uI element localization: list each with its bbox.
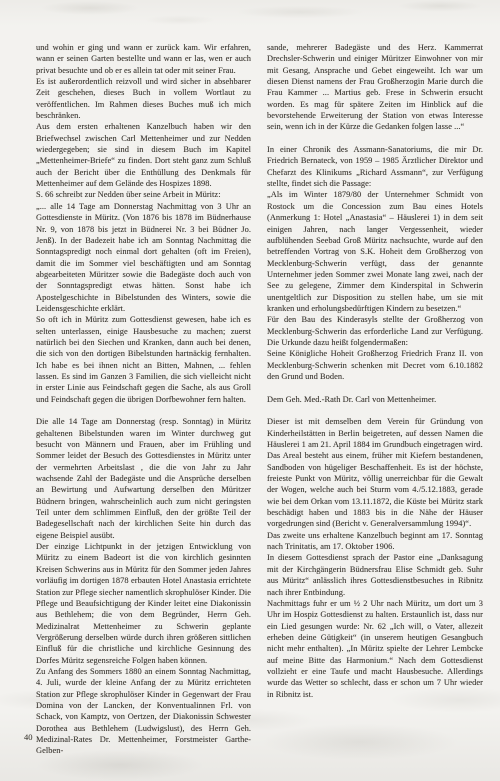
paragraph: Aus dem ersten erhaltenen Kanzelbuch hab…	[36, 121, 251, 189]
book-page: und wohin er ging und wann er zurück kam…	[0, 0, 500, 781]
paragraph: und wohin er ging und wann er zurück kam…	[36, 42, 251, 76]
paragraph: sande, mehrerer Badegäste und des Herz. …	[267, 42, 483, 133]
paragraph: Das Areal besteht aus einem, früher mit …	[267, 450, 483, 529]
paragraph: Das zweite uns erhaltene Kanzelbuch begi…	[267, 530, 483, 553]
paragraph: Dem Geh. Med.-Rath Dr. Carl von Mettenhe…	[267, 394, 483, 405]
paragraph: In einer Chronik des Assmann-Sanatoriums…	[267, 144, 483, 189]
paragraph: Nachmittags fuhr er um ½ 2 Uhr nach Müri…	[267, 598, 483, 700]
paragraph: So oft ich in Müritz zum Gottesdienst ge…	[36, 314, 251, 405]
paragraph: „Als im Winter 1879/80 der Unternehmer S…	[267, 189, 483, 314]
paragraph: Der einzige Lichtpunkt in der jetzigen E…	[36, 541, 251, 666]
paragraph: Seine Königliche Hoheit Großherzog Fried…	[267, 348, 483, 382]
paragraph: Für den Bau des Kinderasyls stellte der …	[267, 314, 483, 348]
text-column-left: und wohin er ging und wann er zurück kam…	[36, 42, 251, 757]
paragraph: Dieser ist mit demselben dem Verein für …	[267, 416, 483, 450]
paragraph: Es ist außerordentlich reizvoll und wird…	[36, 76, 251, 121]
page-number: 40	[24, 732, 33, 742]
text-column-right: sande, mehrerer Badegäste und des Herz. …	[267, 42, 483, 700]
paragraph: In diesem Gottesdienst sprach der Pastor…	[267, 552, 483, 597]
paragraph: Zu Anfang des Sommers 1880 an einem Sonn…	[36, 666, 251, 757]
paragraph: „... alle 14 Tage am Donnerstag Nachmitt…	[36, 201, 251, 314]
paragraph: S. 66 schreibt zur Nedden über seine Arb…	[36, 189, 251, 200]
paragraph: Die alle 14 Tage am Donnerstag (resp. So…	[36, 416, 251, 541]
